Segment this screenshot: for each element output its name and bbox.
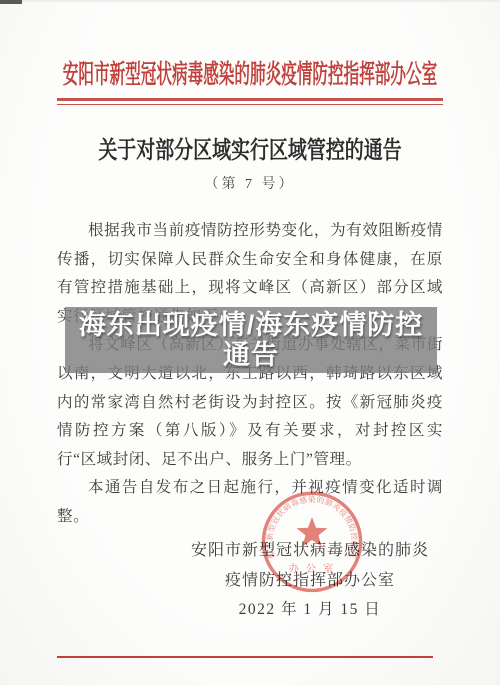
header-divider-thin-line [57,104,443,105]
seal-star-icon [297,517,328,546]
photo-edge-line [0,0,500,2]
notice-body: 根据我市当前疫情防控形势变化，为有效阻断疫情传播，切实保障人民群众生命安全和身体… [57,217,443,532]
svg-text:安阳市新型冠状病毒感染的肺炎疫情防控指挥部: 安阳市新型冠状病毒感染的肺炎疫情防控指挥部 [258,490,360,559]
signature-date: 2022 年 1 月 15 日 [155,595,465,625]
issuing-org-text: 安阳市新型冠状病毒感染的肺炎疫情防控指挥部办公室 [63,54,437,91]
header-divider-thick-line [57,98,443,101]
body-paragraph-3: 本通告自发布之日起施行，并视疫情变化适时调整。 [57,474,443,531]
notice-title: 关于对部分区域实行区域管控的通告 [98,130,401,165]
header-divider [57,98,443,105]
seal-center-label: 办 公 室 [289,562,336,575]
footer-divider [57,656,433,658]
notice-title-row: 关于对部分区域实行区域管控的通告 [0,130,500,165]
issuing-org-header: 安阳市新型冠状病毒感染的肺炎疫情防控指挥部办公室 [0,0,500,91]
photo-corner-artifact [0,0,22,4]
seal-ring-circle [263,493,360,590]
notice-issue-number: （第 7 号） [0,173,500,193]
seal-ring-text: 安阳市新型冠状病毒感染的肺炎疫情防控指挥部 [258,490,360,559]
news-caption-overlay: 海东出现疫情/海东疫情防控通告 [65,307,437,373]
official-seal: 安阳市新型冠状病毒感染的肺炎疫情防控指挥部 办 公 室 [258,490,366,598]
document-photo: 安阳市新型冠状病毒感染的肺炎疫情防控指挥部办公室 关于对部分区域实行区域管控的通… [0,0,500,685]
